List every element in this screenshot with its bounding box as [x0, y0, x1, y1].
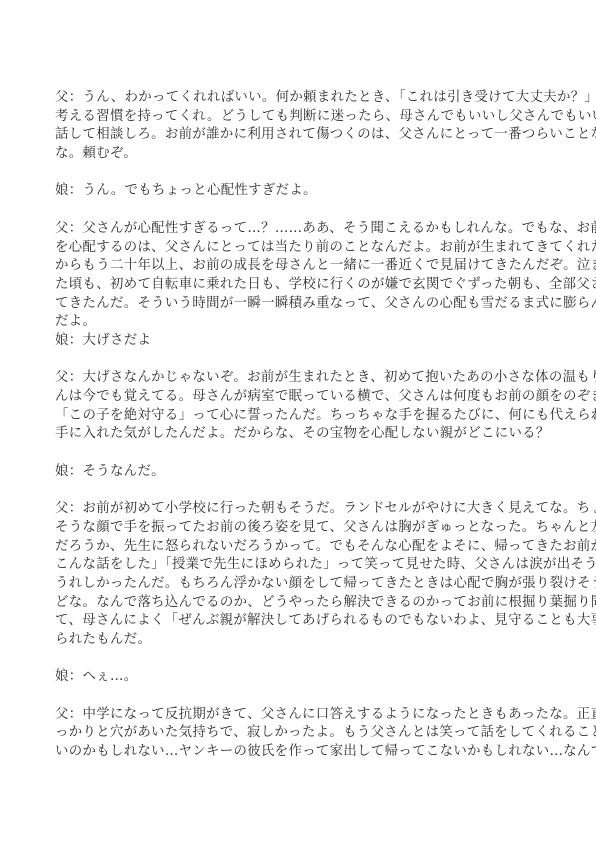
text-line: んは今でも覚えてる。母さんが病室で眠っている横で、父さんは何度もお前の顔をのぞき… — [55, 388, 545, 407]
dialogue-text: 父：うん、わかってくれればいい。何か頼まれたとき、「これは引き受けて大丈夫か？」… — [55, 89, 545, 762]
text-line: うれしかったんだ。もちろん浮かない顔をして帰ってきたときは心配で胸が張り裂けそう… — [55, 575, 545, 594]
text-line: いのかもしれない…ヤンキーの彼氏を作って家出して帰ってこないかもしれない…なんて… — [55, 743, 545, 762]
text-line: 娘：うん。でもちょっと心配性すぎだよ。 — [55, 182, 545, 201]
text-line: だよ。 — [55, 313, 545, 332]
text-line: どな。なんで落ち込んでるのか、どうやったら解決できるのかってお前に根掘り葉掘り聞… — [55, 594, 545, 613]
text-line: 考える習慣を持ってくれ。どうしても判断に迷ったら、母さんでもいいし父さんでもいい… — [55, 108, 545, 127]
document-page: 父：うん、わかってくれればいい。何か頼まれたとき、「これは引き受けて大丈夫か？」… — [0, 0, 596, 842]
text-line: 「この子を絶対守る」って心に誓ったんだ。ちっちゃな手を握るたびに、何にも代えられ… — [55, 407, 545, 426]
text-line: 娘：へぇ…。 — [55, 668, 545, 687]
text-line: 娘：大げさだよ — [55, 332, 545, 351]
text-line: 娘：そうなんだ。 — [55, 463, 545, 482]
text-line: からもう二十年以上、お前の成長を母さんと一緒に一番近くで見届けてきたんだぞ。泣き… — [55, 257, 545, 276]
text-line: てきたんだ。そういう時間が一瞬一瞬積み重なって、父さんの心配も雪だるま式に膨らん… — [55, 295, 545, 314]
blank-line — [55, 164, 545, 183]
text-line: を心配するのは、父さんにとっては当たり前のことなんだよ。お前が生まれてきてくれた… — [55, 239, 545, 258]
text-line: 手に入れた気がしたんだよ。だからな、その宝物を心配しない親がどこにいる？ — [55, 425, 545, 444]
text-line: っかりと穴があいた気持ちで、寂しかったよ。もう父さんとは笑って話をしてくれること… — [55, 724, 545, 743]
blank-line — [55, 444, 545, 463]
text-line: 父：父さんが心配性すぎるって…？……ああ、そう聞こえるかもしれんな。でもな、お前… — [55, 220, 545, 239]
text-line: た頃も、初めて自転車に乗れた日も、学校に行くのが嫌で玄関でぐずった朝も、全部父さ… — [55, 276, 545, 295]
blank-line — [55, 481, 545, 500]
text-line: 父：大げさなんかじゃないぞ。お前が生まれたとき、初めて抱いたあの小さな体の温もり… — [55, 369, 545, 388]
text-line: な。頼むぞ。 — [55, 145, 545, 164]
blank-line — [55, 687, 545, 706]
text-line: 父：うん、わかってくれればいい。何か頼まれたとき、「これは引き受けて大丈夫か？」… — [55, 89, 545, 108]
text-line: 父：お前が初めて小学校に行った朝もそうだ。ランドセルがやけに大きく見えてな。ちょ… — [55, 500, 545, 519]
text-line: 父：中学になって反抗期がきて、父さんに口答えするようになったときもあったな。正直… — [55, 706, 545, 725]
text-line: だろうか、先生に怒られないだろうかって。でもそんな心配をよそに、帰ってきたお前が… — [55, 538, 545, 557]
text-line: こんな話をした」「授業で先生にほめられた」って笑って見せた時、父さんは涙が出そう… — [55, 556, 545, 575]
text-line: られたもんだ。 — [55, 631, 545, 650]
blank-line — [55, 650, 545, 669]
text-line: そうな顔で手を振ってたお前の後ろ姿を見て、父さんは胸がぎゅっとなった。ちゃんと友… — [55, 519, 545, 538]
blank-line — [55, 201, 545, 220]
blank-line — [55, 351, 545, 370]
text-line: て、母さんによく「ぜんぶ親が解決してあげられるものでもないわよ、見守ることも大事… — [55, 612, 545, 631]
text-line: 話して相談しろ。お前が誰かに利用されて傷つくのは、父さんにとって一番つらいことな… — [55, 126, 545, 145]
